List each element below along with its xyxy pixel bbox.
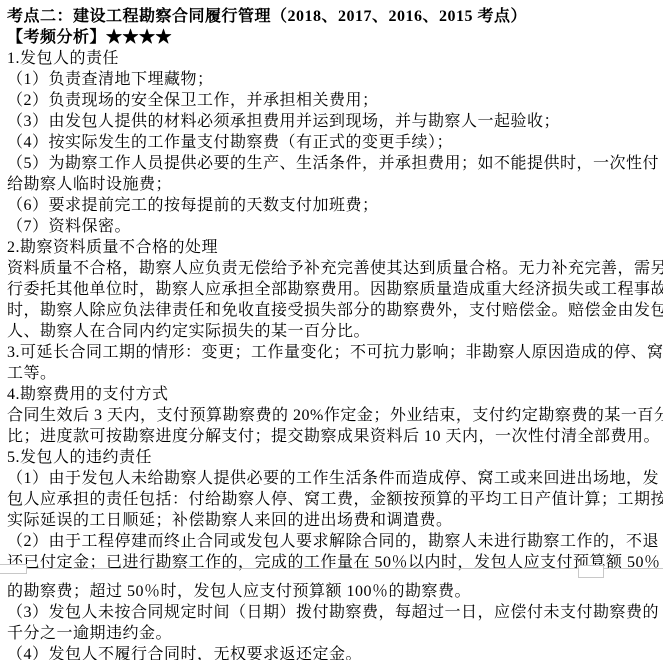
page-break-right-bracket bbox=[578, 565, 604, 578]
text-line: （4）发包人不履行合同时，无权要求返还定金。 bbox=[0, 644, 663, 660]
text-line: 1.发包人的责任 bbox=[0, 48, 663, 69]
text-line: 考点二：建设工程勘察合同履行管理（2018、2017、2016、2015 考点） bbox=[0, 6, 663, 27]
text-line: 【考频分析】★★★★ bbox=[0, 27, 663, 48]
text-line: （3）发包人未按合同规定时间（日期）拨付勘察费，每超过一日，应偿付未支付勘察费的 bbox=[0, 602, 663, 623]
text-line: 还已付定金；已进行勘察工作的，完成的工作量在 50％以内时，发包人应支付预算额 … bbox=[0, 552, 663, 573]
text-line: 资料质量不合格，勘察人应负责无偿给予补充完善使其达到质量合格。无力补充完善，需另 bbox=[0, 258, 663, 279]
text-line: （7）资料保密。 bbox=[0, 216, 663, 237]
text-line: 包人应承担的责任包括：付给勘察人停、窝工费，金额按预算的平均工日产值计算；工期按 bbox=[0, 489, 663, 510]
text-line: 的勘察费；超过 50％时，发包人应支付预算额 100％的勘察费。 bbox=[0, 581, 663, 602]
text-line: 实际延误的工日顺延；补偿勘察人来回的进出场费和调遣费。 bbox=[0, 510, 663, 531]
text-line: 人、勘察人在合同内约定实际损失的某一百分比。 bbox=[0, 321, 663, 342]
text-line: （5）为勘察工作人员提供必要的生产、生活条件，并承担费用；如不能提供时，一次性付 bbox=[0, 153, 663, 174]
text-line: （2）由于工程停建而终止合同或发包人要求解除合同的，勘察人未进行勘察工作的，不退 bbox=[0, 531, 663, 552]
text-line: 2.勘察资料质量不合格的处理 bbox=[0, 237, 663, 258]
text-line: 行委托其他单位时，勘察人应承担全部勘察费用。因勘察质量造成重大经济损失或工程事故 bbox=[0, 279, 663, 300]
document-body: 考点二：建设工程勘察合同履行管理（2018、2017、2016、2015 考点）… bbox=[0, 6, 663, 660]
text-line: 千分之一逾期违约金。 bbox=[0, 623, 663, 644]
text-line: 合同生效后 3 天内，支付预算勘察费的 20%作定金；外业结束，支付约定勘察费的… bbox=[0, 405, 663, 426]
page-break-line bbox=[0, 568, 663, 569]
text-line: （4）按实际发生的工作量支付勘察费（有正式的变更手续）； bbox=[0, 132, 663, 153]
text-line: （1）负责查清地下埋藏物； bbox=[0, 69, 663, 90]
text-line: 4.勘察费用的支付方式 bbox=[0, 384, 663, 405]
text-line: 比；进度款可按勘察进度分解支付；提交勘察成果资料后 10 天内，一次性付清全部费… bbox=[0, 426, 663, 447]
text-line: （3）由发包人提供的材料必须承担费用并运到现场，并与勘察人一起验收； bbox=[0, 111, 663, 132]
text-line: （2）负责现场的安全保卫工作，并承担相关费用； bbox=[0, 90, 663, 111]
text-line: 给勘察人临时设施费； bbox=[0, 174, 663, 195]
page-break-marker bbox=[0, 573, 663, 581]
text-line: （6）要求提前完工的按每提前的天数支付加班费； bbox=[0, 195, 663, 216]
document-page[interactable]: 考点二：建设工程勘察合同履行管理（2018、2017、2016、2015 考点）… bbox=[0, 0, 663, 660]
text-line: 5.发包人的违约责任 bbox=[0, 447, 663, 468]
text-line: （1）由于发包人未给勘察人提供必要的工作生活条件而造成停、窝工或来回进出场地，发 bbox=[0, 468, 663, 489]
page-break-left-bracket bbox=[0, 564, 27, 574]
text-line: 时，勘察人除应负法律责任和免收直接受损失部分的勘察费外，支付赔偿金。赔偿金由发包 bbox=[0, 300, 663, 321]
text-line: 工等。 bbox=[0, 363, 663, 384]
text-line: 3.可延长合同工期的情形：变更；工作量变化；不可抗力影响；非勘察人原因造成的停、… bbox=[0, 342, 663, 363]
